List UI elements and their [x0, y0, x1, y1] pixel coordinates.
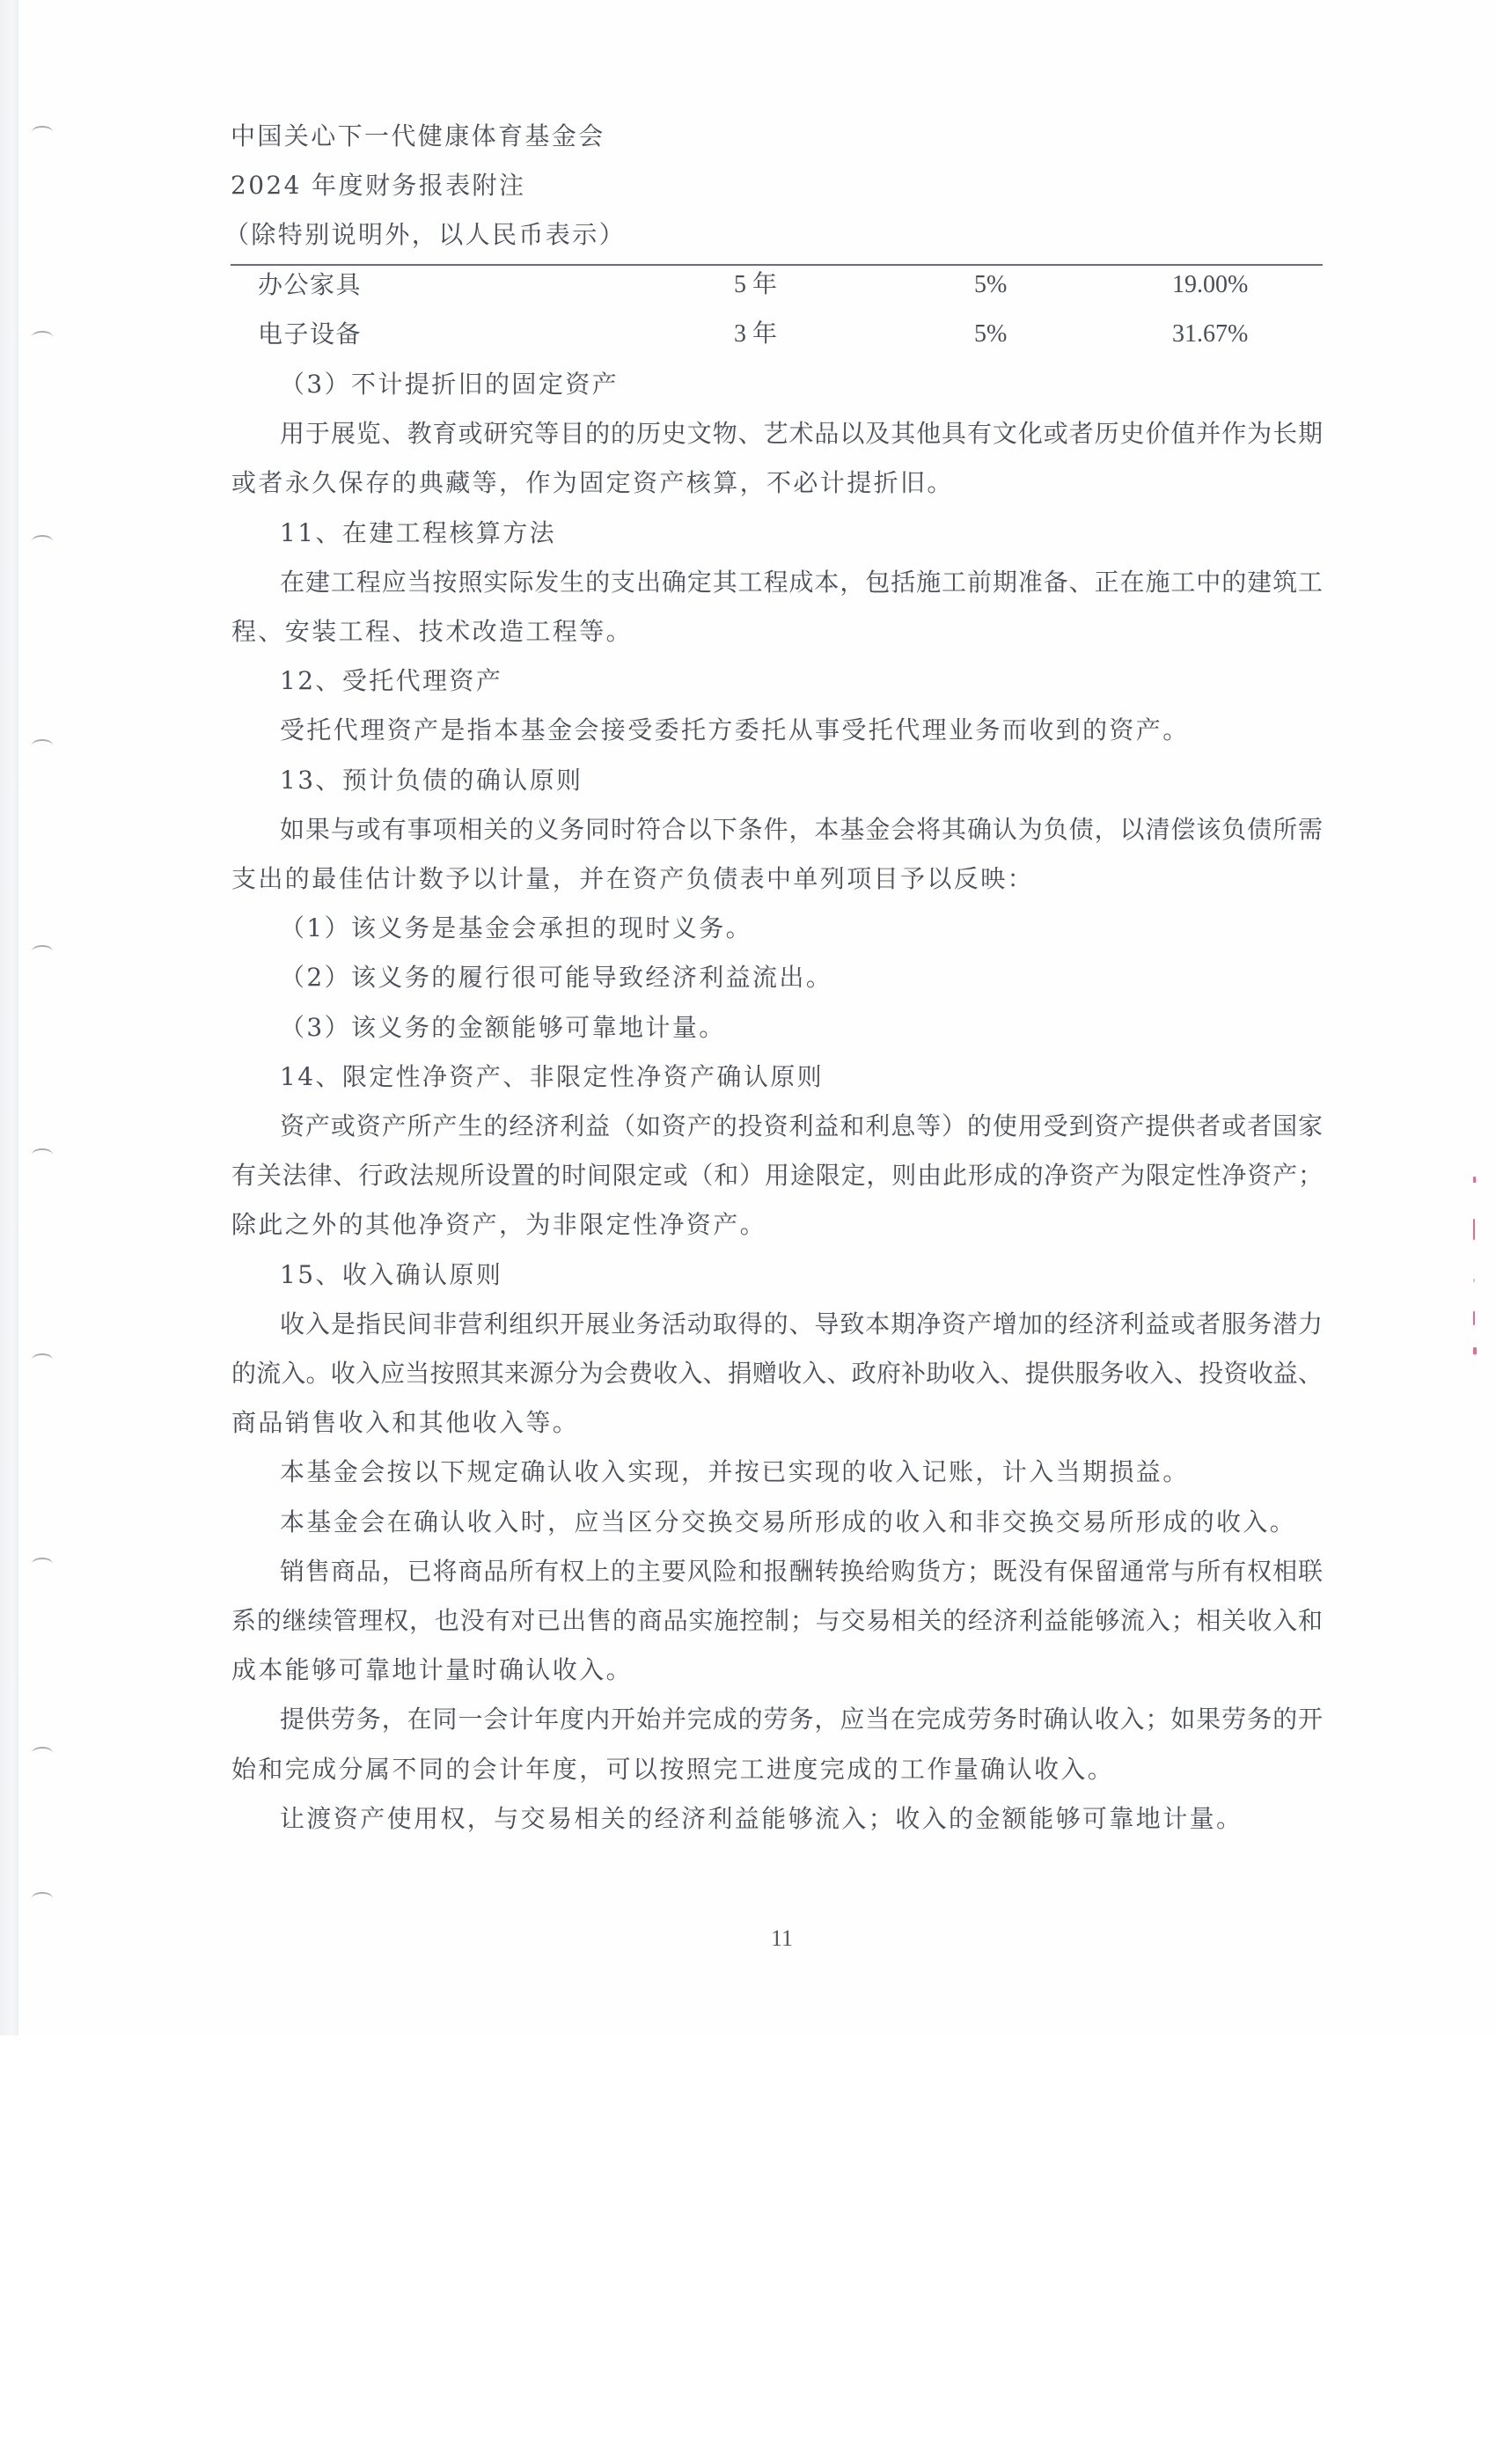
section-heading: 11、在建工程核算方法 [280, 518, 556, 548]
report-title: 2024 年度财务报表附注 [231, 171, 525, 201]
table-top-rule [231, 264, 1323, 266]
seal-edge-mark [1473, 1279, 1475, 1282]
paragraph-line: 有关法律、行政法规所设置的时间限定或（和）用途限定，则由此形成的净资产为限定性净… [231, 1161, 1323, 1191]
punch-hole-mark [32, 1353, 53, 1366]
section-heading: 13、预计负债的确认原则 [280, 766, 583, 796]
punch-hole-mark [32, 739, 53, 752]
seal-edge-mark [1473, 1177, 1476, 1183]
punch-hole-mark [32, 945, 53, 957]
paragraph-line: 如果与或有事项相关的义务同时符合以下条件，本基金会将其确认为负债，以清偿该负债所… [280, 815, 1323, 845]
paragraph-line: 提供劳务，在同一会计年度内开始并完成的劳务，应当在完成劳务时确认收入；如果劳务的… [280, 1705, 1323, 1734]
punch-hole-mark [32, 331, 53, 343]
residual-cell: 5% [974, 319, 1007, 349]
section-heading: 15、收入确认原则 [280, 1260, 502, 1290]
paragraph-line: 的流入。收入应当按照其来源分为会费收入、捐赠收入、政府补助收入、提供服务收入、投… [231, 1359, 1323, 1389]
binding-edge [0, 0, 18, 2035]
paragraph-line: 在建工程应当按照实际发生的支出确定其工程成本，包括施工前期准备、正在施工中的建筑… [280, 568, 1323, 598]
paragraph-line: 受托代理资产是指本基金会接受委托方委托从事受托代理业务而收到的资产。 [280, 715, 1190, 745]
paragraph-line: 程、安装工程、技术改造工程等。 [231, 617, 633, 647]
punch-hole-mark [32, 1558, 53, 1570]
paragraph-line: 或者永久保存的典藏等，作为固定资产核算，不必计提折旧。 [231, 468, 954, 498]
paragraph-line: 本基金会按以下规定确认收入实现，并按已实现的收入记账，计入当期损益。 [280, 1457, 1190, 1487]
currency-note: （除特别说明外，以人民币表示） [224, 220, 626, 250]
category-cell: 办公家具 [258, 270, 362, 300]
section-heading: 12、受托代理资产 [280, 666, 502, 696]
paragraph-line: 资产或资产所产生的经济利益（如资产的投资利益和利息等）的使用受到资产提供者或者国… [280, 1111, 1323, 1141]
paragraph-line: 除此之外的其他净资产，为非限定性净资产。 [231, 1210, 766, 1240]
life-cell: 5 年 [734, 270, 777, 300]
paragraph-line: 销售商品，已将商品所有权上的主要风险和报酬转换给购货方；既没有保留通常与所有权相… [280, 1557, 1323, 1587]
section-heading: 14、限定性净资产、非限定性净资产确认原则 [280, 1062, 824, 1092]
punch-hole-mark [32, 126, 53, 138]
paragraph-line: 支出的最佳估计数予以计量，并在资产负债表中单列项目予以反映： [231, 864, 1034, 894]
paragraph-line: （2）该义务的履行很可能导致经济利益流出。 [280, 963, 832, 993]
paragraph-line: （3）该义务的金额能够可靠地计量。 [280, 1013, 726, 1043]
paragraph-line: 让渡资产使用权，与交易相关的经济利益能够流入；收入的金额能够可靠地计量。 [280, 1804, 1243, 1834]
punch-hole-mark [32, 1892, 53, 1904]
paragraph-line: 商品销售收入和其他收入等。 [231, 1408, 579, 1438]
paragraph-line: 始和完成分属不同的会计年度，可以按照完工进度完成的工作量确认收入。 [231, 1755, 1114, 1785]
punch-hole-mark [32, 535, 53, 547]
seal-edge-mark [1473, 1311, 1475, 1325]
punch-hole-mark [32, 1148, 53, 1161]
org-name: 中国关心下一代健康体育基金会 [231, 121, 605, 151]
rate-cell: 31.67% [1172, 319, 1248, 349]
page-number: 11 [771, 1924, 793, 1954]
paragraph-line: 成本能够可靠地计量时确认收入。 [231, 1655, 633, 1685]
paragraph-line: 本基金会在确认收入时，应当区分交换交易所形成的收入和非交换交易所形成的收入。 [280, 1507, 1296, 1537]
paragraph-line: 系的继续管理权，也没有对已出售的商品实施控制；与交易相关的经济利益能够流入；相关… [231, 1606, 1323, 1636]
residual-cell: 5% [974, 270, 1007, 300]
seal-edge-mark [1473, 1219, 1475, 1240]
paragraph-line: 收入是指民间非营利组织开展业务活动取得的、导致本期净资产增加的经济利益或者服务潜… [280, 1309, 1323, 1339]
paragraph-line: （1）该义务是基金会承担的现时义务。 [280, 913, 752, 943]
paragraph-line: 用于展览、教育或研究等目的的历史文物、艺术品以及其他具有文化或者历史价值并作为长… [280, 419, 1323, 449]
section-heading: （3）不计提折旧的固定资产 [280, 370, 619, 400]
rate-cell: 19.00% [1172, 270, 1248, 300]
punch-hole-mark [32, 1747, 53, 1759]
life-cell: 3 年 [734, 319, 777, 349]
scanned-page: 中国关心下一代健康体育基金会 2024 年度财务报表附注 （除特别说明外，以人民… [0, 0, 1496, 2035]
category-cell: 电子设备 [258, 319, 362, 349]
seal-edge-mark [1473, 1347, 1477, 1354]
